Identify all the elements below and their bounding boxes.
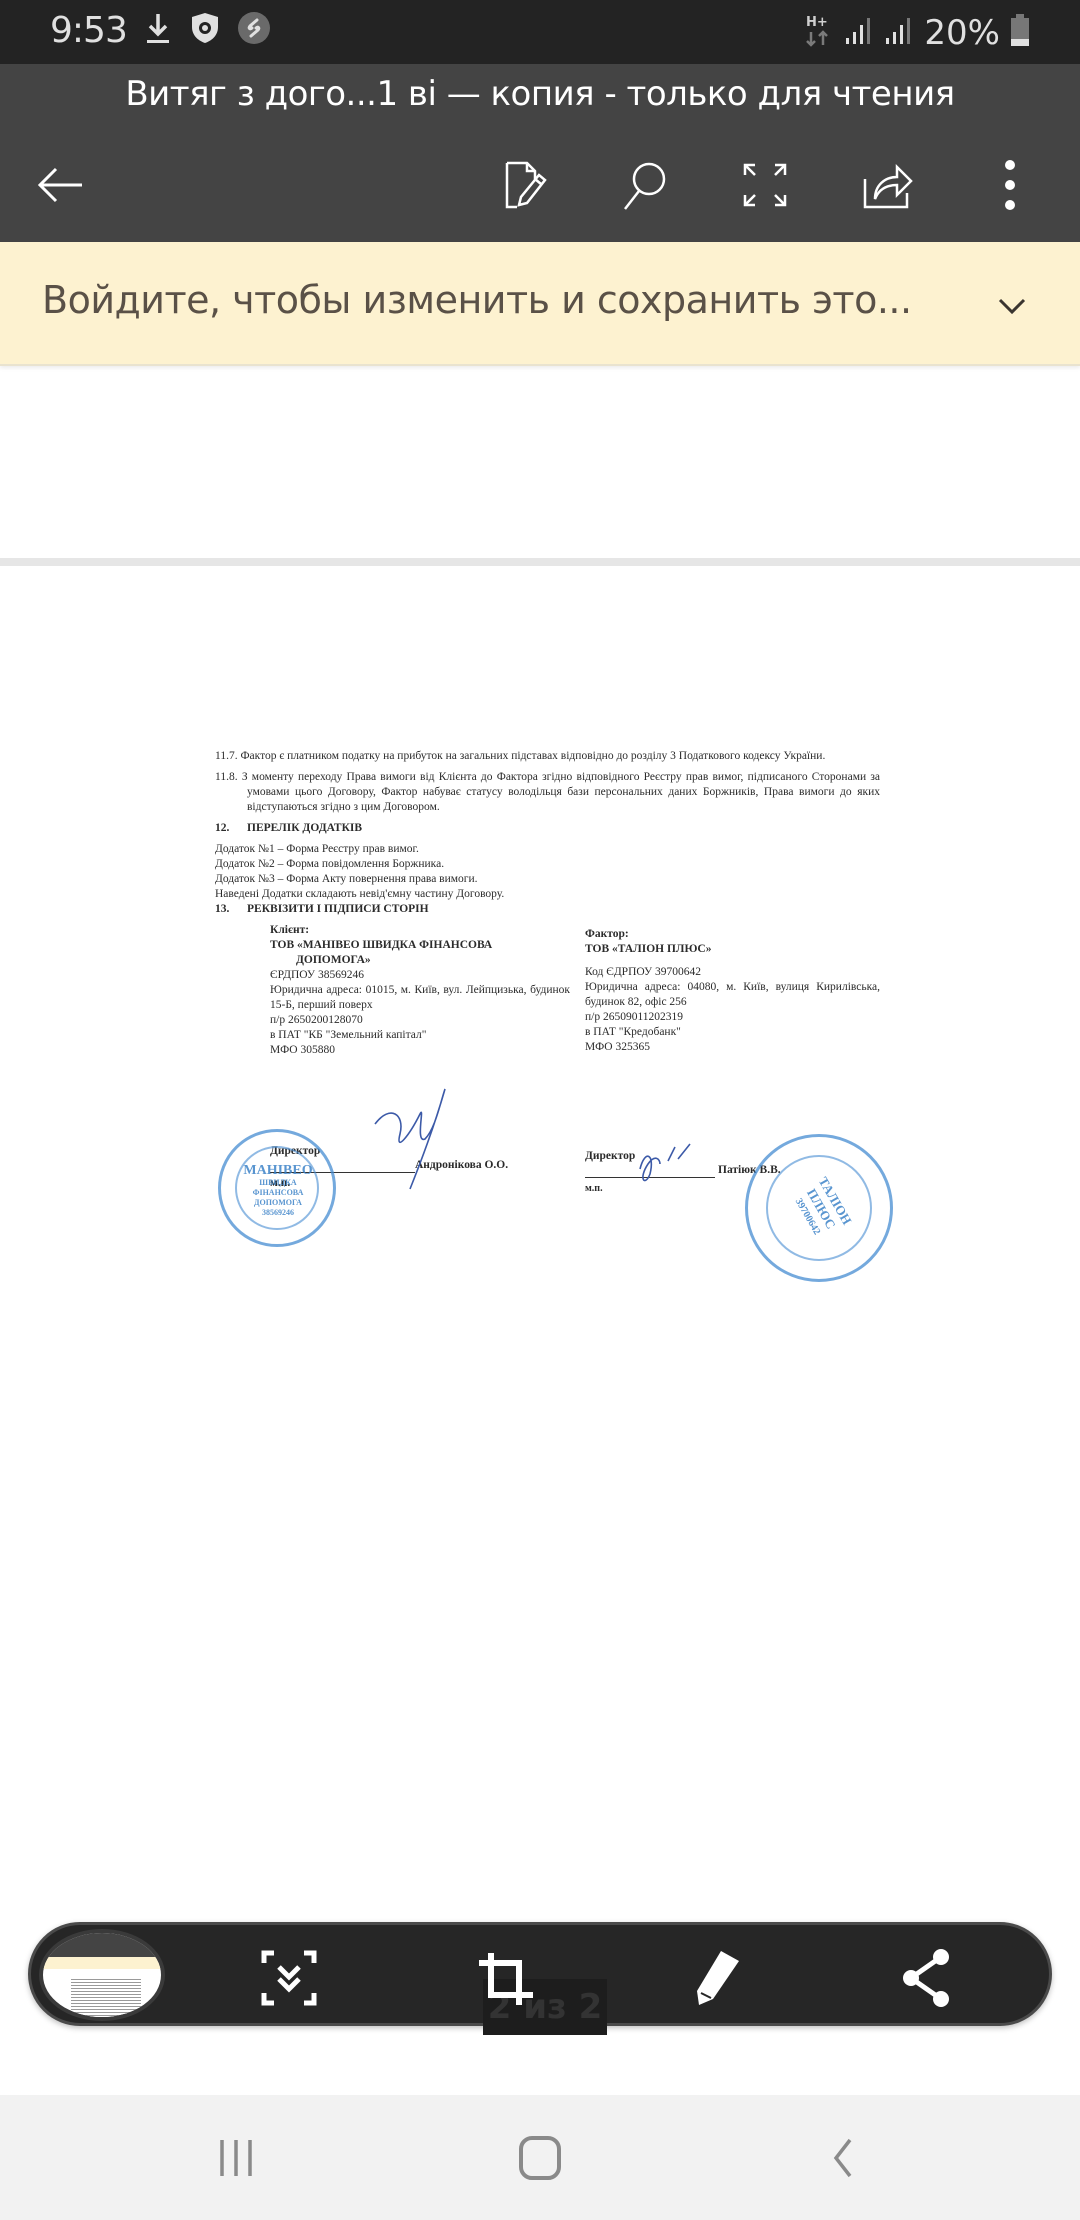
client-account: п/р 2650200128070 <box>270 1013 570 1028</box>
appendix-2: Додаток №2 – Форма повідомлення Боржника… <box>215 857 880 872</box>
battery-icon <box>1010 13 1030 52</box>
factor-handwritten-signature <box>630 1139 700 1189</box>
appendix-1: Додаток №1 – Форма Реєстру прав вимог. <box>215 842 880 857</box>
back-nav-button[interactable] <box>812 2133 872 2183</box>
more-options-button[interactable] <box>975 150 1045 220</box>
client-stamp: МАНІВЕО ШВИДКА ФІНАНСОВА ДОПОМОГА 385692… <box>218 1129 336 1247</box>
client-mfo: МФО 305880 <box>270 1043 570 1058</box>
search-button[interactable] <box>610 150 680 220</box>
document-content: 11.7. Фактор є платником податку на приб… <box>215 749 880 1123</box>
section-title: ПЕРЕЛІК ДОДАТКІВ <box>247 822 362 834</box>
network-type-icon: H+ <box>804 12 834 53</box>
recents-icon <box>214 2136 258 2180</box>
client-details: Клієнт: ТОВ «МАНІВЕО ШВИДКА ФІНАНСОВА ДО… <box>270 923 570 1058</box>
status-right: H+ 20% <box>804 12 1030 53</box>
expand-banner-button[interactable] <box>992 286 1032 326</box>
factor-label: Фактор: <box>585 927 880 942</box>
section-12-heading: 12.ПЕРЕЛІК ДОДАТКІВ <box>215 821 880 836</box>
paragraph-text: З моменту переходу Права вимоги від Кліє… <box>242 771 880 813</box>
client-stamp-text: МАНІВЕО ШВИДКА ФІНАНСОВА ДОПОМОГА 385692… <box>235 1164 321 1218</box>
factor-details: Фактор: ТОВ «ТАЛІОН ПЛЮС» Код ЄДРПОУ 397… <box>585 923 880 1055</box>
factor-address: Юридична адреса: 04080, м. Київ, вулиця … <box>585 980 880 1010</box>
app-bar: Витяг з дого...1 ві — копия - только для… <box>0 64 1080 242</box>
draw-button[interactable] <box>681 1943 751 2013</box>
back-button[interactable] <box>25 150 95 220</box>
svg-text:H+: H+ <box>806 15 828 30</box>
factor-code: Код ЄДРПОУ 39700642 <box>585 965 880 980</box>
screenshot-toolbar: 2 из 2 <box>28 1922 1052 2026</box>
antivirus-shield-icon <box>189 11 221 50</box>
appendices-note: Наведені Додатки складають невід'ємну ча… <box>215 887 880 902</box>
scroll-capture-icon <box>254 1943 324 2013</box>
scroll-capture-button[interactable] <box>254 1943 324 2013</box>
download-icon <box>143 11 173 50</box>
section-number: 13. <box>215 902 247 917</box>
recents-button[interactable] <box>206 2133 266 2183</box>
signin-banner[interactable]: Войдите, чтобы изменить и сохранить это.… <box>0 242 1080 366</box>
signin-banner-text: Войдите, чтобы изменить и сохранить это.… <box>42 278 912 322</box>
battery-percent: 20% <box>924 13 1000 53</box>
paragraph-number: 11.7. <box>215 750 238 762</box>
shazam-icon <box>237 11 271 50</box>
client-address: Юридична адреса: 01015, м. Київ, вул. Ле… <box>270 983 570 1013</box>
factor-account: п/р 26509011202319 <box>585 1010 880 1025</box>
appendix-3: Додаток №3 – Форма Акту повернення права… <box>215 872 880 887</box>
section-number: 12. <box>215 821 247 836</box>
paragraph-number: 11.8. <box>215 771 238 783</box>
expand-icon <box>737 157 793 213</box>
share-export-icon <box>857 157 917 213</box>
fullscreen-button[interactable] <box>730 150 800 220</box>
client-label: Клієнт: <box>270 923 570 938</box>
system-nav-bar <box>0 2095 1080 2220</box>
paragraph-text: Фактор є платником податку на прибуток н… <box>240 750 825 762</box>
home-button[interactable] <box>510 2133 570 2183</box>
search-icon <box>617 157 673 213</box>
client-name-line2: ДОПОМОГА» <box>270 953 570 968</box>
pen-icon <box>681 1943 751 2013</box>
page-separator <box>0 558 1080 566</box>
factor-seal-label: м.п. <box>585 1181 603 1196</box>
more-vertical-icon <box>1000 157 1020 213</box>
factor-mfo: МФО 325365 <box>585 1040 880 1055</box>
client-bank: в ПАТ "КБ "Земельний капітал" <box>270 1028 570 1043</box>
document-page-2[interactable]: 11.7. Фактор є платником податку на приб… <box>0 566 1080 1896</box>
client-name-line1: ТОВ «МАНІВЕО ШВИДКА ФІНАНСОВА <box>270 938 570 953</box>
signal-icon-sim1 <box>844 14 874 51</box>
factor-stamp: ТАЛІОН ПЛЮС 39700642 <box>745 1134 893 1282</box>
section-title: РЕКВІЗИТИ І ПІДПИСИ СТОРІН <box>247 903 429 915</box>
section-13-heading: 13.РЕКВІЗИТИ І ПІДПИСИ СТОРІН <box>215 902 880 917</box>
status-left: 9:53 <box>50 10 271 51</box>
document-title: Витяг з дого...1 ві — копия - только для… <box>0 74 1080 114</box>
share-screenshot-button[interactable] <box>891 1943 961 2013</box>
screenshot-thumbnail[interactable] <box>39 1929 165 2021</box>
paragraph-11-8: 11.8. З моменту переходу Права вимоги ві… <box>215 770 880 815</box>
home-icon <box>516 2134 564 2182</box>
client-handwritten-signature <box>365 1084 465 1194</box>
signatures-block: Клієнт: ТОВ «МАНІВЕО ШВИДКА ФІНАНСОВА ДО… <box>215 923 880 1123</box>
status-bar: 9:53 H+ 20% <box>0 0 1080 64</box>
signal-icon-sim2 <box>884 14 914 51</box>
share-button[interactable] <box>852 150 922 220</box>
edit-document-icon <box>497 157 553 213</box>
crop-button[interactable] <box>471 1943 541 2013</box>
back-chevron-icon <box>822 2136 862 2180</box>
factor-name: ТОВ «ТАЛІОН ПЛЮС» <box>585 942 880 957</box>
chevron-down-icon <box>992 286 1032 326</box>
factor-bank: в ПАТ "Кредобанк" <box>585 1025 880 1040</box>
share-icon <box>891 1943 961 2013</box>
client-code: ЄРДПОУ 38569246 <box>270 968 570 983</box>
paragraph-11-7: 11.7. Фактор є платником податку на приб… <box>215 749 880 764</box>
status-time: 9:53 <box>50 10 127 51</box>
arrow-left-icon <box>32 157 88 213</box>
crop-icon <box>471 1943 541 2013</box>
edit-button[interactable] <box>490 150 560 220</box>
